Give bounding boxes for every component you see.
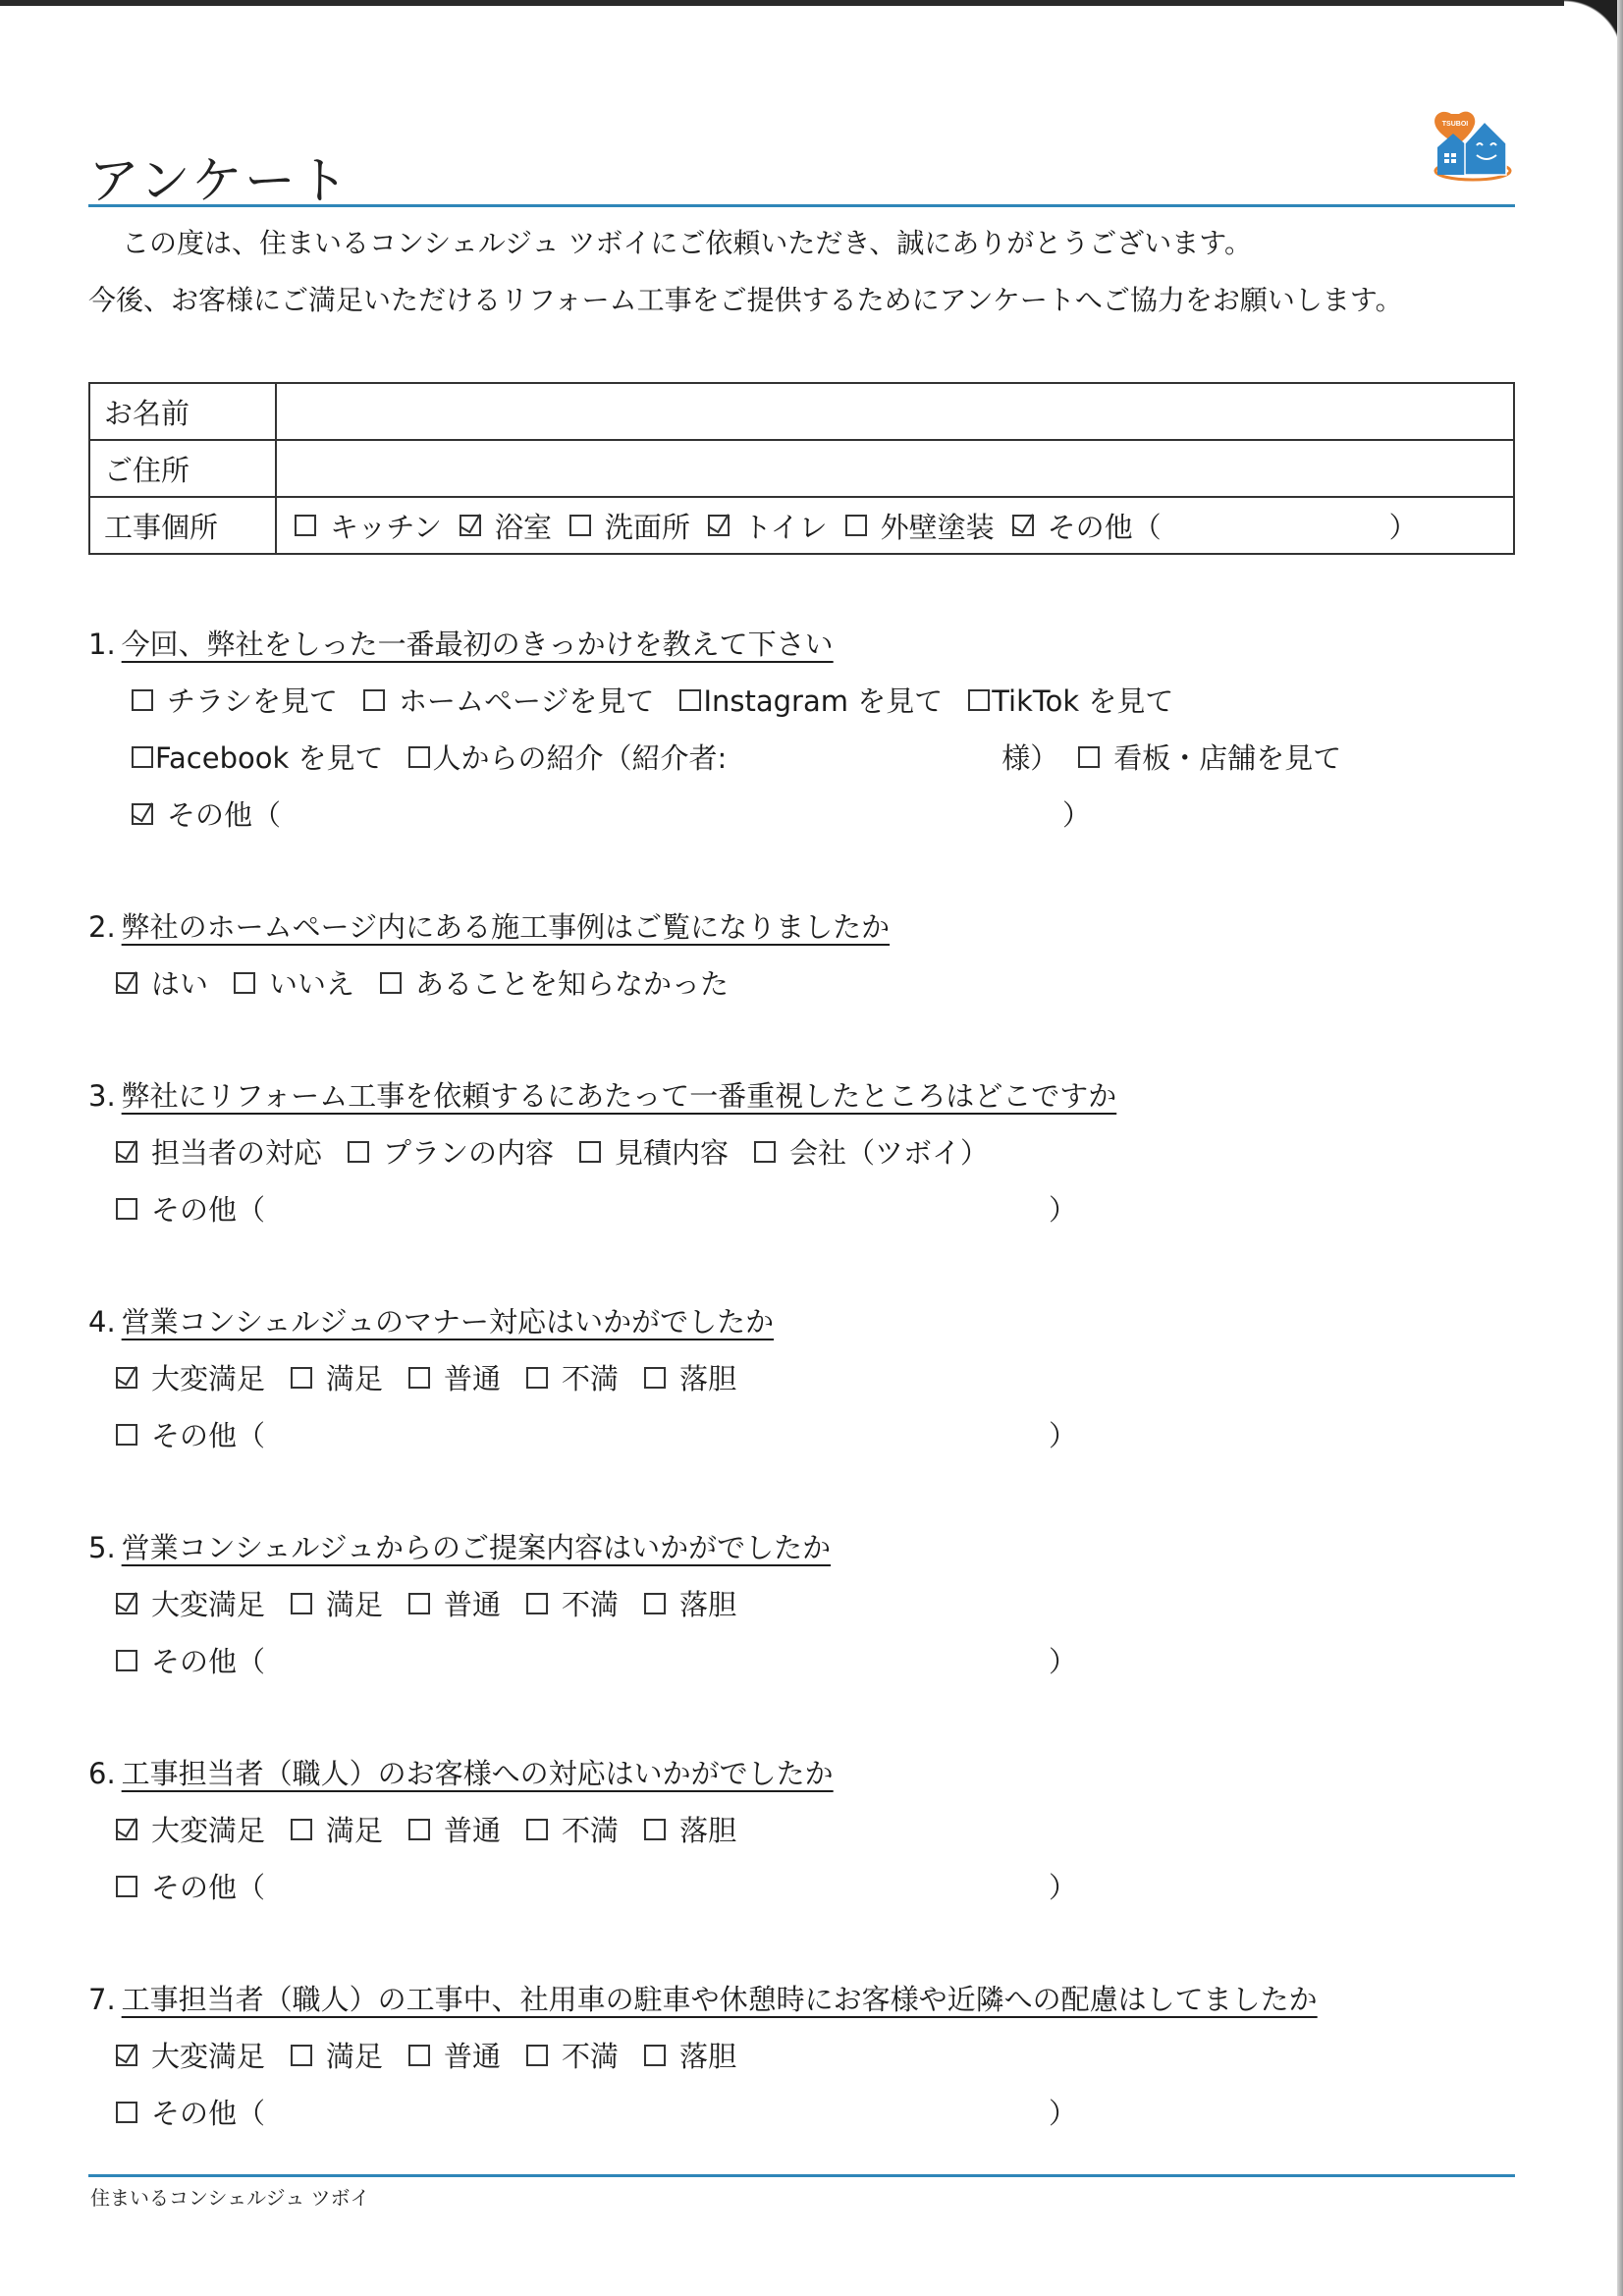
q2-option-no[interactable]: いいえ <box>234 962 354 1003</box>
q1-option-referral[interactable]: 人からの紹介（紹介者: <box>408 737 727 777</box>
checkbox-icon[interactable] <box>408 1367 430 1389</box>
q4-other-close: ） <box>1049 1414 1077 1454</box>
q4-option-dissatisfied[interactable]: 不満 <box>526 1357 619 1397</box>
question-5-options: 大変満足 満足 普通 不満 落胆 <box>116 1583 762 1623</box>
question-6-options: 大変満足 満足 普通 不満 落胆 <box>116 1809 762 1849</box>
name-row: お名前 <box>89 383 1514 440</box>
q4-option-normal[interactable]: 普通 <box>408 1357 501 1397</box>
q5-option-dissatisfied[interactable]: 不満 <box>526 1583 619 1623</box>
checkbox-checked-icon[interactable] <box>1012 515 1034 536</box>
location-options: キッチン 浴室 洗面所 トイレ 外壁塗装 その他（ ） <box>295 506 1513 546</box>
q3-option-estimate[interactable]: 見積内容 <box>579 1131 729 1172</box>
checkbox-icon[interactable] <box>644 2045 666 2066</box>
scan-edge <box>0 0 1623 6</box>
question-7: 7.工事担当者（職人）の工事中、社用車の駐車や休憩時にお客様や近隣への配慮はして… <box>88 1978 1318 2018</box>
q4-option-very-satisfied[interactable]: 大変満足 <box>116 1357 265 1397</box>
q7-option-disappointed[interactable]: 落胆 <box>644 2035 736 2075</box>
checkbox-icon[interactable] <box>408 2045 430 2066</box>
scan-corner <box>1564 0 1623 59</box>
q5-option-satisfied[interactable]: 満足 <box>291 1583 383 1623</box>
name-label: お名前 <box>89 383 276 440</box>
question-4-other: その他（ <box>116 1414 291 1454</box>
q7-option-other[interactable]: その他（ <box>116 2092 265 2132</box>
question-5-other: その他（ <box>116 1640 291 1680</box>
q7-option-dissatisfied[interactable]: 不満 <box>526 2035 619 2075</box>
q2-option-unaware[interactable]: あることを知らなかった <box>380 962 729 1003</box>
checkbox-icon[interactable] <box>291 1819 312 1840</box>
q6-option-dissatisfied[interactable]: 不満 <box>526 1809 619 1849</box>
q1-option-facebook[interactable]: Facebook を見て <box>132 737 383 777</box>
checkbox-icon[interactable] <box>363 689 385 711</box>
q7-option-normal[interactable]: 普通 <box>408 2035 501 2075</box>
checkbox-icon[interactable] <box>408 746 430 768</box>
q5-option-disappointed[interactable]: 落胆 <box>644 1583 736 1623</box>
checkbox-icon[interactable] <box>644 1367 666 1389</box>
checkbox-icon[interactable] <box>116 1198 137 1220</box>
question-7-other: その他（ <box>116 2092 291 2132</box>
checkbox-icon[interactable] <box>291 2045 312 2066</box>
checkbox-icon[interactable] <box>116 1424 137 1446</box>
scan-edge-right <box>1617 0 1623 2296</box>
checkbox-icon[interactable] <box>291 1593 312 1614</box>
checkbox-icon[interactable] <box>754 1141 776 1163</box>
q1-option-signboard[interactable]: 看板・店舗を見て <box>1078 737 1341 777</box>
q1-option-other[interactable]: その他（ <box>132 793 281 834</box>
location-option-washroom[interactable]: 洗面所 <box>569 506 690 546</box>
checkbox-icon[interactable] <box>116 2102 137 2123</box>
checkbox-icon[interactable] <box>1078 746 1100 768</box>
checkbox-checked-icon[interactable] <box>116 1593 137 1614</box>
q7-other-close: ） <box>1049 2092 1077 2132</box>
q6-option-other[interactable]: その他（ <box>116 1866 265 1906</box>
checkbox-checked-icon[interactable] <box>116 1141 137 1163</box>
address-row: ご住所 <box>89 440 1514 497</box>
question-1-options-row-1: チラシを見て ホームページを見て Instagram を見て TikTok を見… <box>132 680 1199 720</box>
checkbox-checked-icon[interactable] <box>460 515 481 536</box>
question-4-options: 大変満足 満足 普通 不満 落胆 <box>116 1357 762 1397</box>
checkbox-icon[interactable] <box>291 1367 312 1389</box>
question-6: 6.工事担当者（職人）のお客様への対応はいかがでしたか <box>88 1752 834 1792</box>
checkbox-icon[interactable] <box>569 515 591 536</box>
q3-other-close: ） <box>1049 1188 1077 1229</box>
checkbox-checked-icon[interactable] <box>116 1367 137 1389</box>
checkbox-icon[interactable] <box>116 1876 137 1897</box>
location-option-other[interactable]: その他（ <box>1012 506 1162 546</box>
question-2-options: はい いいえ あることを知らなかった <box>116 962 754 1003</box>
page-title: アンケート <box>88 139 351 213</box>
location-option-bathroom[interactable]: 浴室 <box>460 506 552 546</box>
q6-option-normal[interactable]: 普通 <box>408 1809 501 1849</box>
checkbox-icon[interactable] <box>295 515 316 536</box>
question-6-other: その他（ <box>116 1866 291 1906</box>
q4-option-satisfied[interactable]: 満足 <box>291 1357 383 1397</box>
q6-option-disappointed[interactable]: 落胆 <box>644 1809 736 1849</box>
q4-option-other[interactable]: その他（ <box>116 1414 265 1454</box>
q1-option-homepage[interactable]: ホームページを見て <box>363 680 654 720</box>
location-row: 工事個所 キッチン 浴室 洗面所 トイレ 外壁塗装 その他（ ） <box>89 497 1514 554</box>
checkbox-icon[interactable] <box>348 1141 369 1163</box>
q5-option-very-satisfied[interactable]: 大変満足 <box>116 1583 265 1623</box>
checkbox-icon[interactable] <box>132 746 153 768</box>
location-option-kitchen[interactable]: キッチン <box>295 506 442 546</box>
checkbox-icon[interactable] <box>132 689 153 711</box>
checkbox-icon[interactable] <box>968 689 990 711</box>
q1-option-flyer[interactable]: チラシを見て <box>132 680 338 720</box>
checkbox-icon[interactable] <box>234 972 255 994</box>
checkbox-icon[interactable] <box>644 1593 666 1614</box>
checkbox-icon[interactable] <box>116 1650 137 1671</box>
location-option-toilet[interactable]: トイレ <box>708 506 828 546</box>
question-2: 2.弊社のホームページ内にある施工事例はご覧になりましたか <box>88 905 890 946</box>
q5-other-close: ） <box>1049 1640 1077 1680</box>
checkbox-icon[interactable] <box>408 1593 430 1614</box>
question-7-options: 大変満足 満足 普通 不満 落胆 <box>116 2035 762 2075</box>
q1-option-instagram[interactable]: Instagram を見て <box>679 680 943 720</box>
checkbox-icon[interactable] <box>644 1819 666 1840</box>
name-field[interactable] <box>276 383 1514 440</box>
q6-other-close: ） <box>1049 1866 1077 1906</box>
question-4: 4.営業コンシェルジュのマナー対応はいかがでしたか <box>88 1300 774 1340</box>
location-label: 工事個所 <box>89 497 276 554</box>
checkbox-checked-icon[interactable] <box>116 1819 137 1840</box>
checkbox-checked-icon[interactable] <box>708 515 730 536</box>
question-3: 3.弊社にリフォーム工事を依頼するにあたって一番重視したところはどこですか <box>88 1074 1116 1115</box>
question-3-other: その他（ <box>116 1188 291 1229</box>
checkbox-icon[interactable] <box>679 689 701 711</box>
question-1: 1.今回、弊社をしった一番最初のきっかけを教えて下さい <box>88 623 834 663</box>
svg-text:TSUBOI: TSUBOI <box>1442 121 1469 128</box>
checkbox-icon[interactable] <box>408 1819 430 1840</box>
q1-option-tiktok[interactable]: TikTok を見て <box>968 680 1173 720</box>
header-rule <box>88 204 1515 207</box>
q6-option-very-satisfied[interactable]: 大変満足 <box>116 1809 265 1849</box>
q3-option-other[interactable]: その他（ <box>116 1188 265 1229</box>
q5-option-normal[interactable]: 普通 <box>408 1583 501 1623</box>
footer-company: 住まいるコンシェルジュ ツボイ <box>90 2182 370 2211</box>
question-3-options: 担当者の対応 プランの内容 見積内容 会社（ツボイ） <box>116 1131 1014 1172</box>
checkbox-checked-icon[interactable] <box>116 972 137 994</box>
location-option-exterior-paint[interactable]: 外壁塗装 <box>845 506 995 546</box>
q2-option-yes[interactable]: はい <box>116 962 208 1003</box>
q3-option-staff[interactable]: 担当者の対応 <box>116 1131 322 1172</box>
checkbox-icon[interactable] <box>526 1593 548 1614</box>
q3-option-plan[interactable]: プランの内容 <box>348 1131 554 1172</box>
checkbox-checked-icon[interactable] <box>116 2045 137 2066</box>
checkbox-icon[interactable] <box>380 972 402 994</box>
q1-other-close: ） <box>1062 793 1091 834</box>
q3-option-company[interactable]: 会社（ツボイ） <box>754 1131 989 1172</box>
checkbox-icon[interactable] <box>526 1367 548 1389</box>
checkbox-icon[interactable] <box>579 1141 601 1163</box>
customer-info-table: お名前 ご住所 工事個所 キッチン 浴室 洗面所 トイレ 外壁塗装 その他（ ） <box>88 382 1515 555</box>
address-field[interactable] <box>276 440 1514 497</box>
q7-option-satisfied[interactable]: 満足 <box>291 2035 383 2075</box>
checkbox-icon[interactable] <box>526 1819 548 1840</box>
checkbox-icon[interactable] <box>526 2045 548 2066</box>
q4-option-disappointed[interactable]: 落胆 <box>644 1357 736 1397</box>
address-label: ご住所 <box>89 440 276 497</box>
q7-option-very-satisfied[interactable]: 大変満足 <box>116 2035 265 2075</box>
footer-rule <box>88 2174 1515 2177</box>
checkbox-icon[interactable] <box>845 515 867 536</box>
tsuboi-logo-icon: TSUBOI <box>1432 110 1514 183</box>
q5-option-other[interactable]: その他（ <box>116 1640 265 1680</box>
intro-line-1: この度は、住まいるコンシェルジュ ツボイにご依頼いただき、誠にありがとうございま… <box>122 222 1252 261</box>
question-5: 5.営業コンシェルジュからのご提案内容はいかがでしたか <box>88 1526 831 1566</box>
question-1-options-row-3: その他（ <box>132 793 306 834</box>
intro-line-2: 今後、お客様にご満足いただけるリフォーム工事をご提供するためにアンケートへご協力… <box>88 279 1403 318</box>
question-1-options-row-2: Facebook を見て 人からの紹介（紹介者: 様） 看板・店舗を見て <box>132 737 1367 777</box>
q6-option-satisfied[interactable]: 満足 <box>291 1809 383 1849</box>
checkbox-checked-icon[interactable] <box>132 803 153 825</box>
